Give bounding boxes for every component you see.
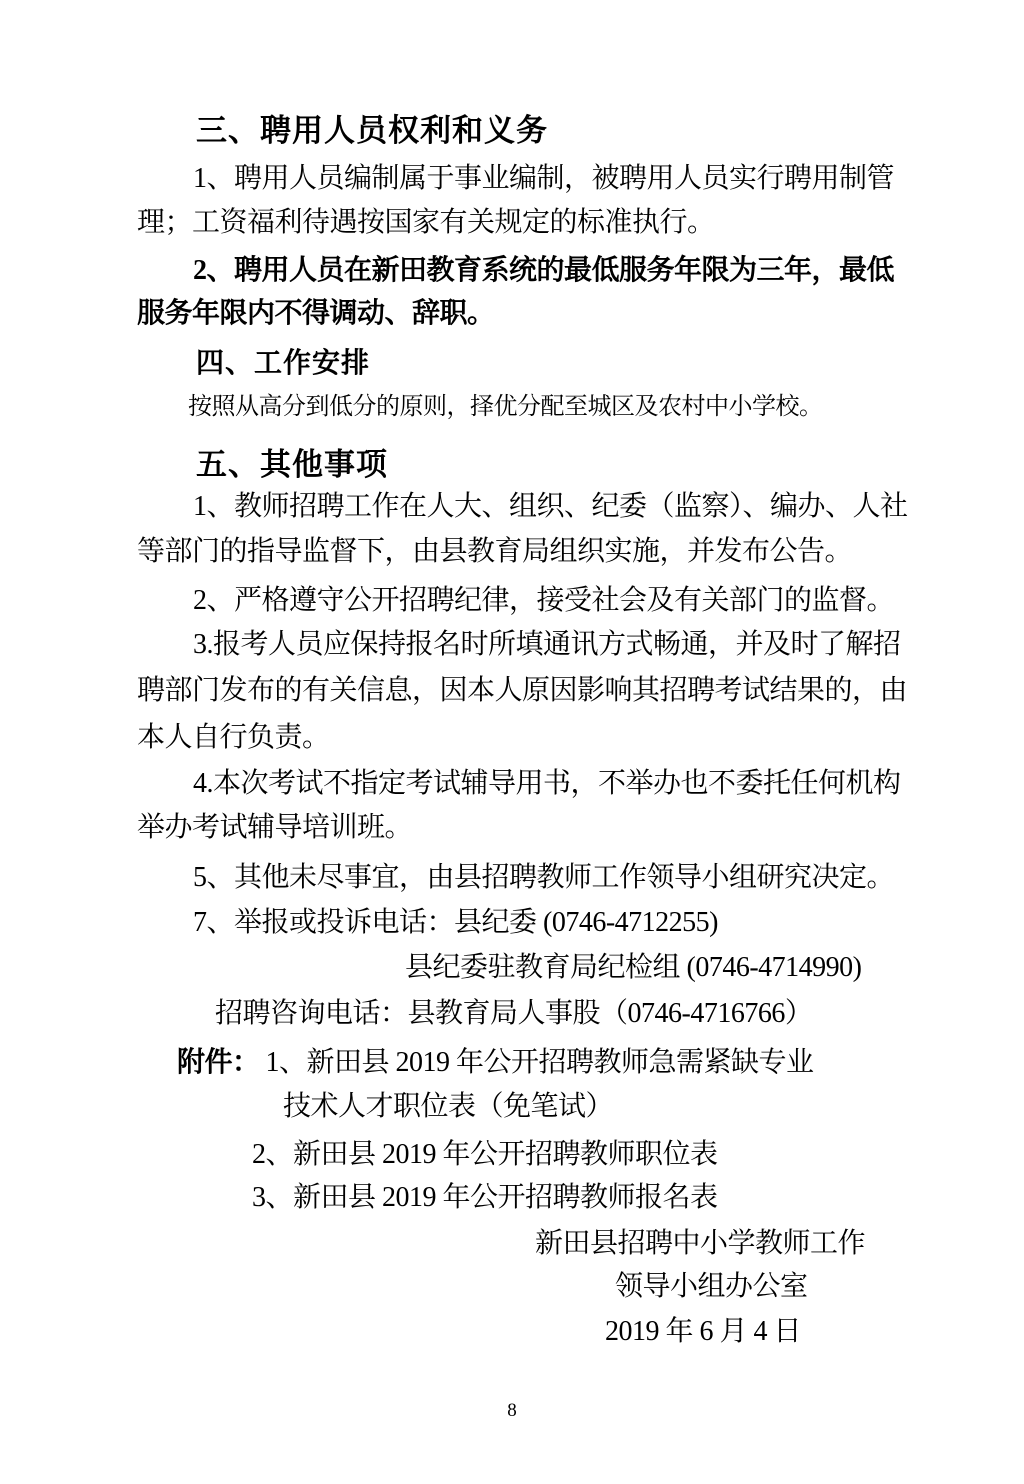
attachment-item-1-continued: 技术人才职位表（免笔试） [283,1090,613,1124]
page-number: 8 [0,1400,1024,1422]
paragraph-line: 5、其他未尽事宜，由县招聘教师工作领导小组研究决定。 [193,861,894,895]
phone-line-discipline-group: 县纪委驻教育局纪检组 (0746-4714990) [405,951,861,985]
attachments-label: 附件： [177,1046,260,1077]
paragraph-line: 4.本次考试不指定考试辅导用书，不举办也不委托任何机构 [193,767,901,801]
document-page: 三、聘用人员权利和义务 1、聘用人员编制属于事业编制，被聘用人员实行聘用制管 理… [0,0,1024,1484]
signature-date: 2019 年 6 月 4 日 [605,1315,801,1349]
paragraph-line: 本人自行负责。 [137,721,330,755]
attachment-item-3: 3、新田县 2019 年公开招聘教师报名表 [252,1181,718,1215]
phone-line-consult: 招聘咨询电话：县教育局人事股（0746-4716766） [215,997,812,1031]
paragraph-line: 按照从高分到低分的原则，择优分配至城区及农村中小学校。 [188,393,823,422]
paragraph-line: 3.报考人员应保持报名时所填通讯方式畅通，并及时了解招 [193,628,901,662]
paragraph-line: 2、严格遵守公开招聘纪律，接受社会及有关部门的监督。 [193,584,894,618]
paragraph-line: 1、聘用人员编制属于事业编制，被聘用人员实行聘用制管 [193,162,894,196]
paragraph-line: 聘部门发布的有关信息，因本人原因影响其招聘考试结果的，由 [137,674,907,708]
paragraph-line: 2、聘用人员在新田教育系统的最低服务年限为三年，最低 [193,254,894,288]
section-heading-employment-rights: 三、聘用人员权利和义务 [196,112,548,149]
attachment-item-1: 1、新田县 2019 年公开招聘教师急需紧缺专业 [266,1047,814,1078]
attachment-item-2: 2、新田县 2019 年公开招聘教师职位表 [252,1138,718,1172]
paragraph-line: 服务年限内不得调动、辞职。 [137,297,495,331]
signature-org-line-1: 新田县招聘中小学教师工作 [535,1227,865,1261]
paragraph-line: 等部门的指导监督下，由县教育局组织实施，并发布公告。 [137,535,852,569]
paragraph-line: 举办考试辅导培训班。 [137,811,412,845]
section-heading-work-assignment: 四、工作安排 [196,346,370,380]
attachments-line: 附件：1、新田县 2019 年公开招聘教师急需紧缺专业 [177,1045,814,1080]
paragraph-line: 理；工资福利待遇按国家有关规定的标准执行。 [137,206,715,240]
paragraph-line: 1、教师招聘工作在人大、组织、纪委（监察）、编办、人社 [193,490,908,524]
phone-line-report: 7、举报或投诉电话：县纪委 (0746-4712255) [193,906,718,940]
signature-org-line-2: 领导小组办公室 [615,1270,808,1304]
section-heading-other-matters: 五、其他事项 [196,446,388,483]
